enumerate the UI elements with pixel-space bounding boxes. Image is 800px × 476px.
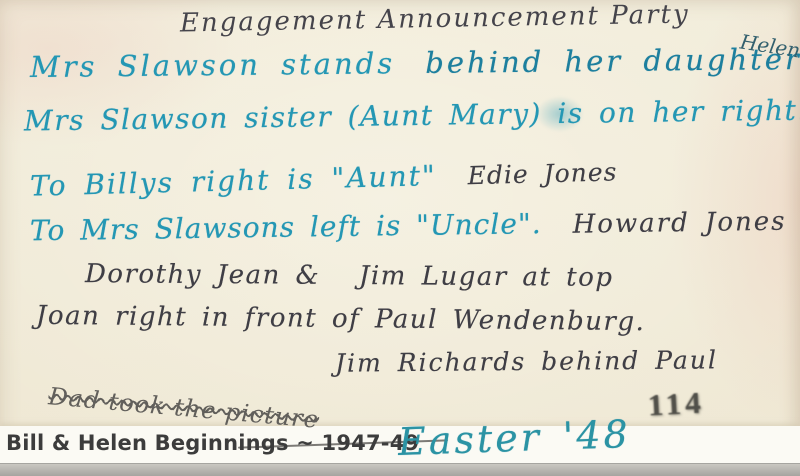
note-line-1: Mrs Slawson stands behind her daughter: [30, 42, 800, 84]
note-line-3: To Billys right is "Aunt" Edie Jones: [30, 154, 618, 202]
photo-stamp-number: 114: [647, 385, 706, 424]
note-line-6: Joan right in front of Paul Wendenburg.: [36, 301, 646, 337]
scanned-photo-back-card: Engagement Announcement Party Mrs Slawso…: [0, 0, 800, 476]
title-engagement-party: Engagement Announcement Party: [180, 0, 690, 38]
title-text: Engagement Announcement Party: [180, 0, 690, 38]
name-edie-jones: Edie Jones: [467, 157, 618, 190]
note-line-3-text: To Billys right is "Aunt": [30, 159, 437, 203]
name-howard-jones: Howard Jones: [572, 207, 786, 240]
easter-date-note: Easter '48: [397, 412, 631, 464]
album-caption: Bill & Helen Beginnings ~ 1947-49: [6, 431, 419, 455]
scan-edge: [0, 464, 800, 476]
note-line-5-text-a: Dorothy Jean &: [85, 259, 320, 291]
note-line-6-text: Joan right in front of Paul Wendenburg.: [36, 301, 646, 337]
note-line-2: Mrs Slawson sister (Aunt Mary) is on her…: [24, 94, 800, 138]
note-line-2-text: Mrs Slawson sister (Aunt Mary) is on her…: [24, 94, 800, 138]
note-line-5-text-b: Jim Lugar at top: [359, 261, 614, 293]
note-line-5: Dorothy Jean & Jim Lugar at top: [85, 259, 614, 293]
note-line-4: To Mrs Slawsons left is "Uncle". Howard …: [30, 204, 787, 248]
note-line-1-text-a: Mrs Slawson stands: [30, 46, 395, 84]
note-line-4-text: To Mrs Slawsons left is "Uncle".: [30, 207, 542, 247]
note-line-7: Jim Richards behind Paul: [335, 345, 718, 377]
note-line-7-text: Jim Richards behind Paul: [335, 345, 718, 377]
